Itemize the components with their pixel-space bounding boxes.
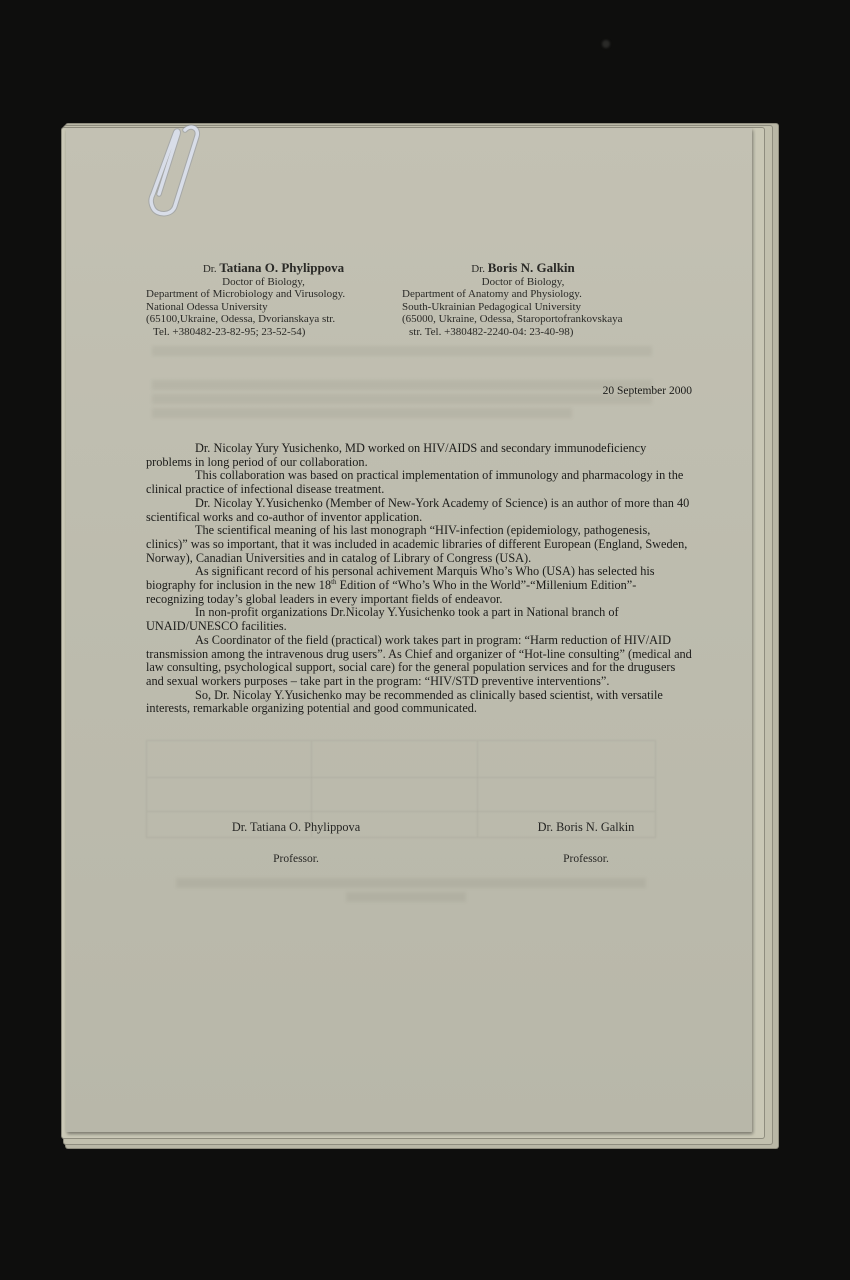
sender-block-left: Dr. Tatiana O. Phylippova Doctor of Biol…: [146, 262, 381, 339]
dust-speck: [602, 40, 610, 48]
sender-department: Department of Anatomy and Physiology.: [402, 288, 672, 301]
letter-date: 20 September 2000: [603, 385, 692, 397]
sender-prefix: Dr.: [471, 263, 485, 275]
show-through-line: [152, 380, 652, 390]
sender-address: (65000, Ukraine, Odessa, Staroportofrank…: [402, 313, 672, 326]
sender-address: (65100,Ukraine, Odessa, Dvorianskaya str…: [146, 313, 381, 326]
paragraph: In non-profit organizations Dr.Nicolay Y…: [146, 606, 692, 633]
sender-telephone: Tel. +380482-23-82-95; 23-52-54): [146, 326, 381, 339]
sender-name-line: Dr. Tatiana O. Phylippova: [146, 262, 381, 276]
signature-block-left: Dr. Tatiana O. Phylippova Professor.: [206, 820, 386, 865]
sender-institution: National Odessa University: [146, 301, 381, 314]
paragraph: So, Dr. Nicolay Y.Yusichenko may be reco…: [146, 689, 692, 716]
show-through-line: [176, 878, 646, 888]
signature-title: Professor.: [206, 853, 386, 865]
sender-name: Boris N. Galkin: [488, 260, 575, 275]
sender-name: Tatiana O. Phylippova: [219, 260, 344, 275]
show-through-line: [346, 892, 466, 902]
paperclip-icon: [145, 120, 205, 220]
signature-block-right: Dr. Boris N. Galkin Professor.: [506, 820, 666, 865]
paragraph: As Coordinator of the field (practical) …: [146, 634, 692, 689]
sender-telephone: str. Tel. +380482-2240-04: 23-40-98): [402, 326, 672, 339]
sender-name-line: Dr. Boris N. Galkin: [402, 262, 672, 276]
sender-department: Department of Microbiology and Virusolog…: [146, 288, 381, 301]
letter-page: Dr. Tatiana O. Phylippova Doctor of Biol…: [66, 128, 752, 1132]
paragraph: As significant record of his personal ac…: [146, 565, 692, 606]
show-through-line: [152, 346, 652, 356]
sender-prefix: Dr.: [203, 263, 217, 275]
paragraph: The scientifical meaning of his last mon…: [146, 524, 692, 565]
signature-title: Professor.: [506, 853, 666, 865]
paragraph: Dr. Nicolay Yury Yusichenko, MD worked o…: [146, 442, 692, 469]
sender-degree: Doctor of Biology,: [146, 276, 381, 289]
signature-name: Dr. Tatiana O. Phylippova: [206, 820, 386, 835]
show-through-line: [152, 408, 572, 418]
signature-name: Dr. Boris N. Galkin: [506, 820, 666, 835]
sender-block-right: Dr. Boris N. Galkin Doctor of Biology, D…: [402, 262, 672, 339]
letter-body: Dr. Nicolay Yury Yusichenko, MD worked o…: [146, 442, 692, 716]
sender-institution: South-Ukrainian Pedagogical University: [402, 301, 672, 314]
paragraph: Dr. Nicolay Y.Yusichenko (Member of New-…: [146, 497, 692, 524]
paragraph: This collaboration was based on practica…: [146, 469, 692, 496]
sender-degree: Doctor of Biology,: [402, 276, 672, 289]
show-through-line: [152, 394, 652, 404]
